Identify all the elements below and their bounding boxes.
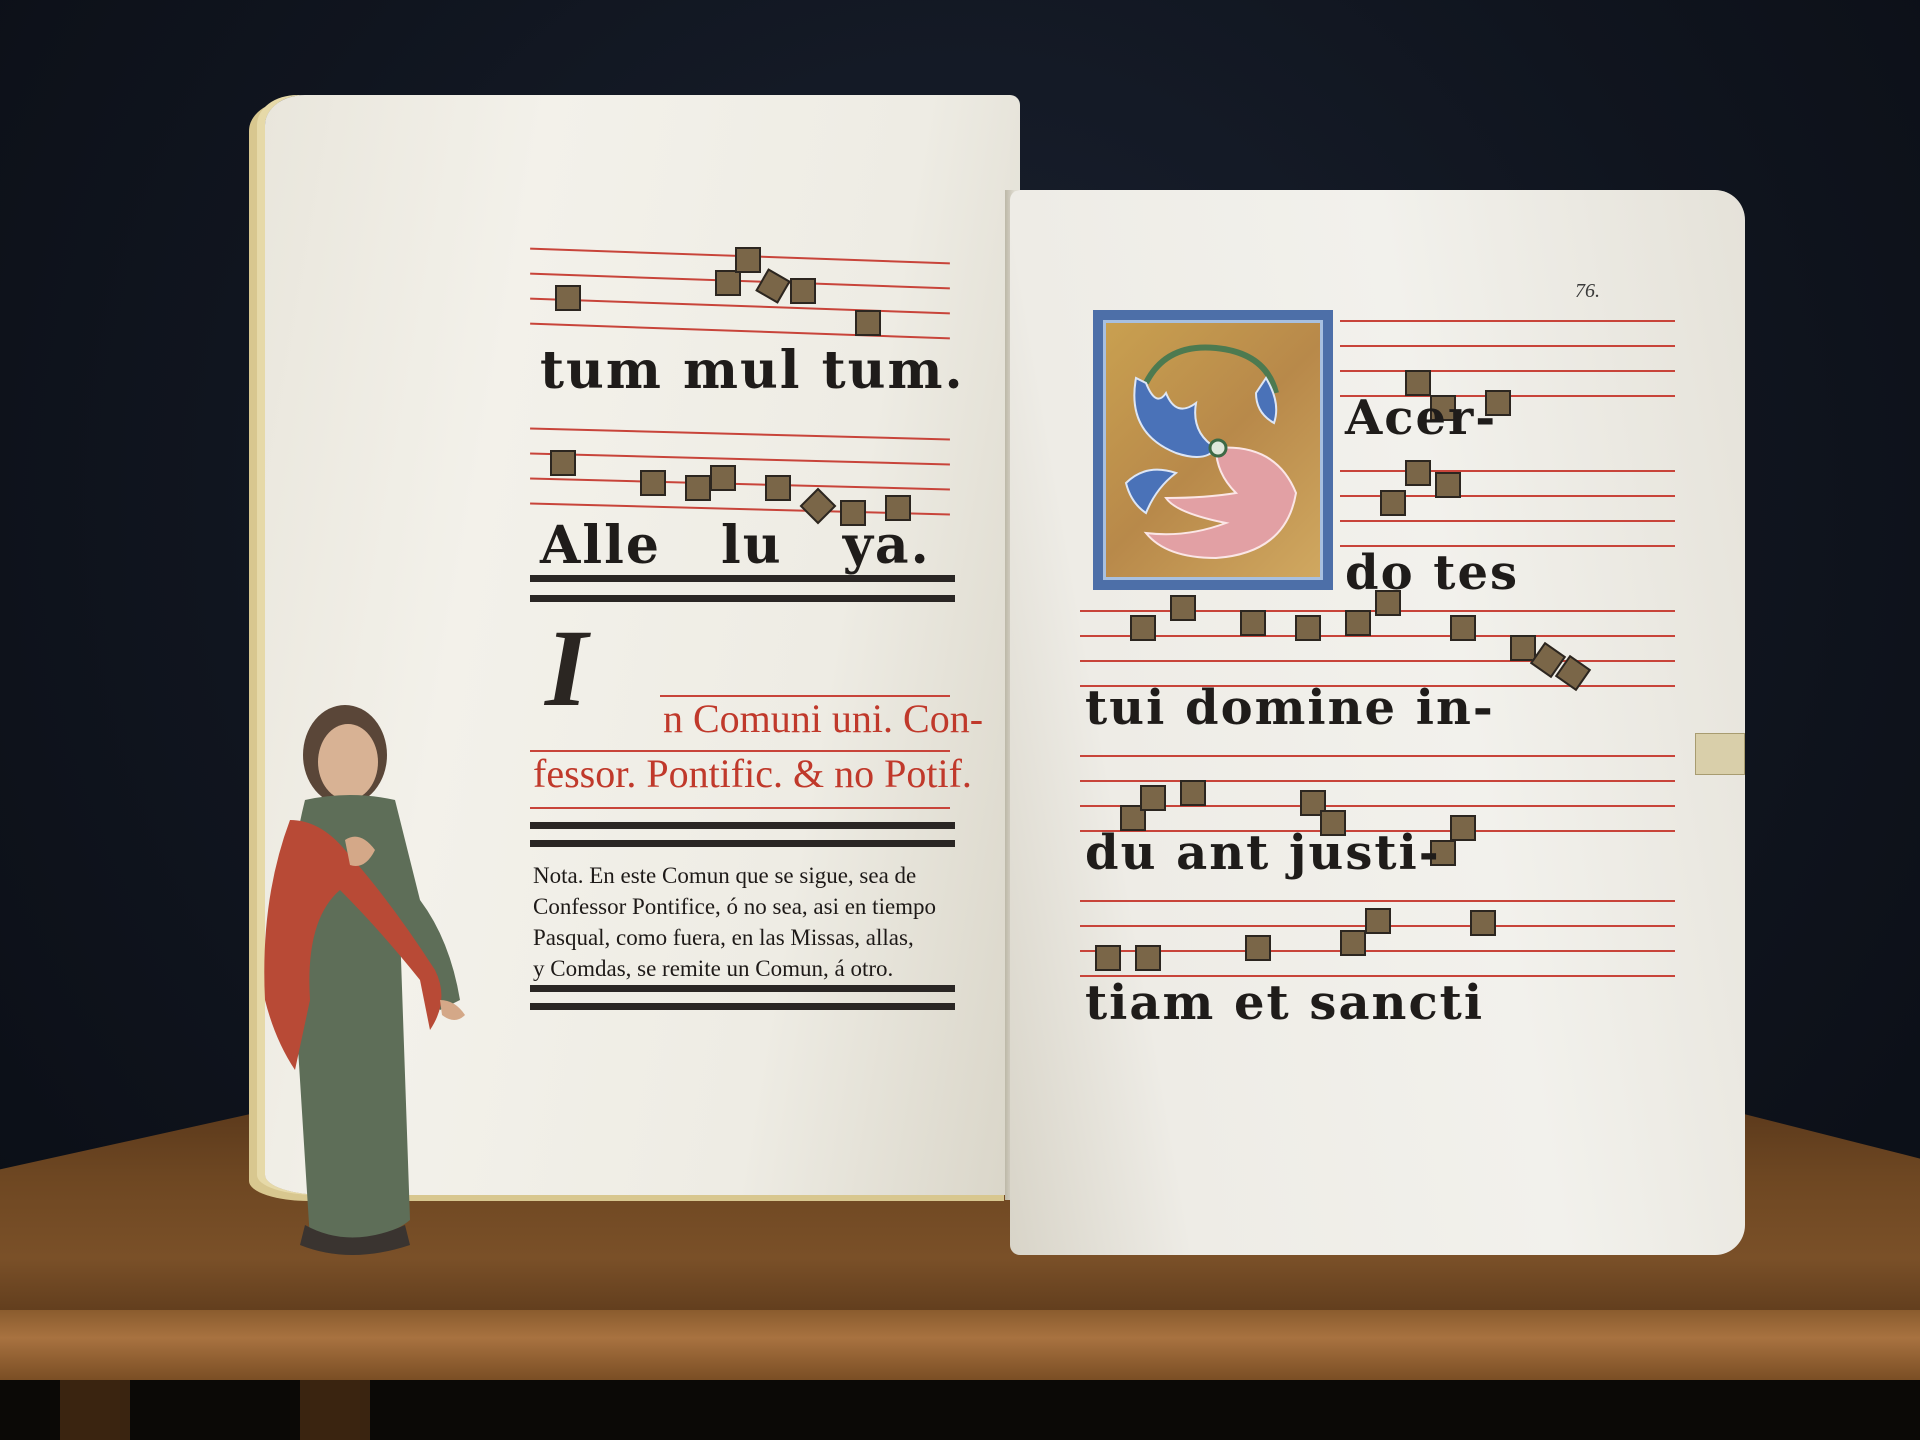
- staff-line: [530, 323, 950, 340]
- neume-note: [555, 285, 581, 311]
- neume-note: [1450, 815, 1476, 841]
- lyric-line: Acer-: [1345, 390, 1497, 446]
- neume-note: [755, 268, 791, 304]
- neume-note: [715, 270, 741, 296]
- neume-note: [1295, 615, 1321, 641]
- staff-line: [1340, 470, 1675, 472]
- double-bar: [530, 822, 955, 829]
- neume-note: [1240, 610, 1266, 636]
- neume-note: [1510, 635, 1536, 661]
- nota-line: y Comdas, se remite un Comun, á otro.: [533, 953, 973, 984]
- staff-line: [530, 298, 950, 315]
- calligraphic-initial: I: [545, 605, 588, 732]
- double-bar: [530, 985, 955, 992]
- lyric-line: tiam et sancti: [1085, 975, 1484, 1031]
- illuminated-initial: [1093, 310, 1333, 590]
- rubric-line: fessor. Pontific. & no Potif.: [533, 750, 972, 797]
- staff-line: [1080, 950, 1675, 952]
- neume-note: [1140, 785, 1166, 811]
- neume-note: [640, 470, 666, 496]
- staff-line: [1080, 805, 1675, 807]
- staff-line: [1340, 520, 1675, 522]
- double-bar: [530, 575, 955, 582]
- neume-note: [1375, 590, 1401, 616]
- table-underside: [0, 1380, 1920, 1440]
- staff-line: [530, 478, 950, 491]
- lyric-line: du ant justi-: [1085, 825, 1441, 881]
- neume-note: [735, 247, 761, 273]
- neume-note: [1170, 595, 1196, 621]
- neume-note: [550, 450, 576, 476]
- neume-note: [855, 310, 881, 336]
- staff-line: [1080, 635, 1675, 637]
- lyric-line: tum mul tum.: [540, 340, 965, 401]
- staff-line: [1340, 345, 1675, 347]
- page-tab-marker: [1695, 733, 1745, 775]
- neume-note: [685, 475, 711, 501]
- table-front-edge: [0, 1310, 1920, 1380]
- neume-note: [1450, 615, 1476, 641]
- neume-note: [1380, 490, 1406, 516]
- staff-line: [1080, 900, 1675, 902]
- neume-note: [1405, 460, 1431, 486]
- staff-line: [1080, 780, 1675, 782]
- staff-line: [1340, 370, 1675, 372]
- neume-note: [1095, 945, 1121, 971]
- neume-note: [790, 278, 816, 304]
- nota-line: Confessor Pontifice, ó no sea, asi en ti…: [533, 891, 973, 922]
- neume-note: [1435, 472, 1461, 498]
- neume-note: [1470, 910, 1496, 936]
- neume-note: [1135, 945, 1161, 971]
- initial-letter-value: S: [1310, 370, 1311, 371]
- neume-note: [1180, 780, 1206, 806]
- rubric-line: n Comuni uni. Con-: [663, 695, 983, 742]
- nota-line: Nota. En este Comun que se sigue, sea de: [533, 860, 973, 891]
- neume-note: [710, 465, 736, 491]
- lyric-line: tui domine in-: [1085, 680, 1495, 736]
- double-bar: [530, 595, 955, 602]
- saint-statue: [250, 700, 490, 1260]
- lyric-line: Alle lu ya.: [540, 515, 931, 576]
- neume-note: [1365, 908, 1391, 934]
- lyric-line: do tes: [1345, 545, 1519, 601]
- neume-note: [1245, 935, 1271, 961]
- neume-note: [1130, 615, 1156, 641]
- nota-line: Pasqual, como fuera, en las Missas, alla…: [533, 922, 973, 953]
- folio-number: 76.: [1575, 280, 1600, 303]
- neume-note: [765, 475, 791, 501]
- acanthus-s-letter-icon: [1106, 323, 1320, 577]
- staff-line: [530, 428, 950, 441]
- table-leg: [60, 1380, 130, 1440]
- staff-line: [1340, 320, 1675, 322]
- neume-note: [1345, 610, 1371, 636]
- gold-leaf-ground: [1103, 320, 1323, 580]
- staff-line: [1080, 660, 1675, 662]
- staff-line: [530, 453, 950, 466]
- table-leg: [300, 1380, 370, 1440]
- staff-line: [1080, 755, 1675, 757]
- nota-text-block: Nota. En este Comun que se sigue, sea de…: [533, 860, 973, 984]
- staff-line: [530, 807, 950, 809]
- double-bar: [530, 840, 955, 847]
- double-bar: [530, 1003, 955, 1010]
- neume-note: [1340, 930, 1366, 956]
